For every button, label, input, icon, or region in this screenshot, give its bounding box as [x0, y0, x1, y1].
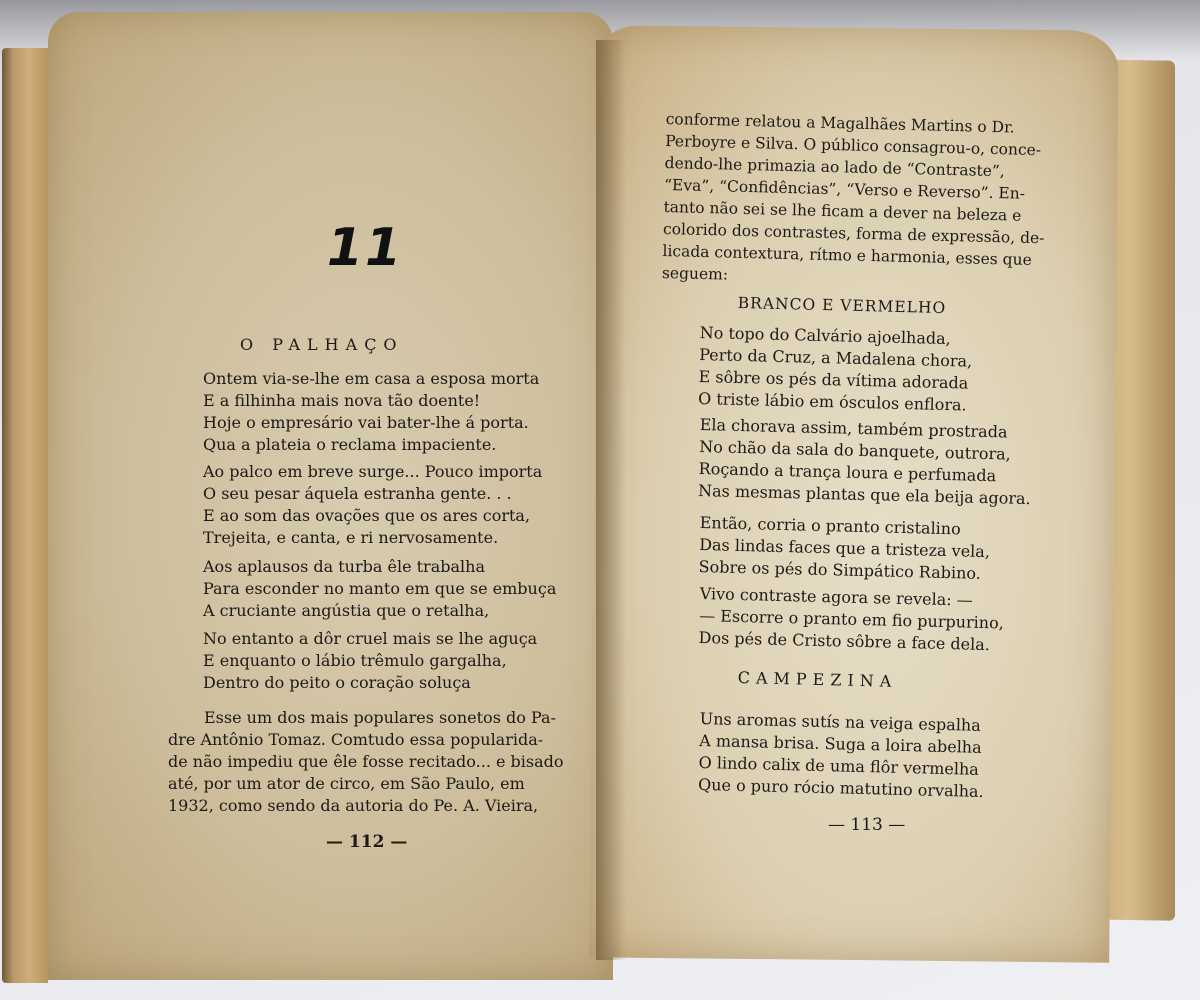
- verse-line: O seu pesar áquela estranha gente. . .: [203, 483, 542, 505]
- left-page-stack: [2, 48, 48, 983]
- campezina-stanza-1: Uns aromas sutís na veiga espalha A mans…: [698, 708, 986, 803]
- verse-line: A cruciante angústia que o retalha,: [203, 600, 556, 622]
- verse-line: Trejeita, e canta, e ri nervosamente.: [203, 527, 542, 549]
- right-prose-paragraph: conforme relatou a Magalhães Martins o D…: [662, 108, 1056, 293]
- verse-line: Para esconder no manto em que se embuça: [203, 578, 556, 600]
- verse-line: E ao som das ovações que os ares corta,: [203, 505, 542, 527]
- prose-line: Esse um dos mais populares sonetos do Pa…: [168, 707, 558, 729]
- left-prose-paragraph: Esse um dos mais populares sonetos do Pa…: [168, 707, 558, 817]
- verse-line: Ao palco em breve surge... Pouco importa: [203, 461, 542, 483]
- prose-line: 1932, como sendo da autoria do Pe. A. Vi…: [168, 795, 558, 817]
- verse-line: No entanto a dôr cruel mais se lhe aguça: [203, 628, 537, 650]
- prose-line: até, por um ator de circo, em São Paulo,…: [168, 773, 558, 795]
- verse-line: E enquanto o lábio trêmulo gargalha,: [203, 650, 537, 672]
- stanza-2: Ela chorava assim, também prostrada No c…: [698, 414, 1033, 510]
- poem-title-campezina: CAMPEZINA: [738, 668, 898, 691]
- prose-line: dre Antônio Tomaz. Comtudo essa populari…: [168, 729, 558, 751]
- verse-line: E a filhinha mais nova tão doente!: [203, 390, 539, 412]
- verse-line: Dentro do peito o coração soluça: [203, 672, 537, 694]
- verse-line: Hoje o empresário vai bater-lhe á porta.: [203, 412, 539, 434]
- stanza-3: Aos aplausos da turba êle trabalha Para …: [203, 556, 556, 622]
- verse-line: Ontem via-se-lhe em casa a esposa morta: [203, 368, 539, 390]
- stanza-2: Ao palco em breve surge... Pouco importa…: [203, 461, 542, 549]
- chapter-number: 11: [325, 218, 405, 278]
- prose-line: de não impediu que êle fosse recitado...…: [168, 751, 558, 773]
- poem-title-palhaco: O PALHAÇO: [240, 335, 404, 354]
- stanza-4: Vivo contraste agora se revela: — — Esco…: [698, 583, 1004, 656]
- stanza-1: No topo do Calvário ajoelhada, Perto da …: [698, 322, 973, 417]
- page-number-113: — 113 —: [828, 815, 905, 835]
- verse-line: Qua a plateia o reclama impaciente.: [203, 434, 539, 456]
- stanza-1: Ontem via-se-lhe em casa a esposa morta …: [203, 368, 539, 456]
- verse-line: Aos aplausos da turba êle trabalha: [203, 556, 556, 578]
- stanza-3: Então, corria o pranto cristalino Das li…: [698, 512, 990, 585]
- page-number-112: — 112 —: [326, 832, 407, 852]
- stanza-4: No entanto a dôr cruel mais se lhe aguça…: [203, 628, 537, 694]
- book-gutter: [596, 40, 626, 960]
